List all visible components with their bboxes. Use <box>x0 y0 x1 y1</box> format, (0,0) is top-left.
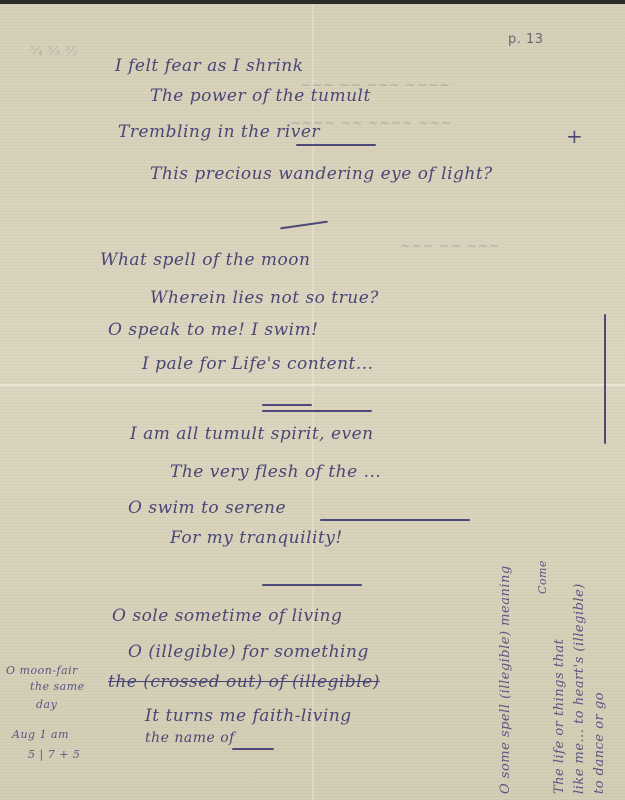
underline-stroke <box>232 748 274 750</box>
vertical-margin-note: like me... to heart's (illegible) <box>572 583 587 794</box>
manuscript-line: What spell of the moon <box>100 250 310 270</box>
manuscript-line: I felt fear as I shrink <box>115 56 304 76</box>
manuscript-line: O (illegible) for something <box>128 642 369 662</box>
manuscript-line: The power of the tumult <box>150 86 371 106</box>
manuscript-line: Wherein lies not so true? <box>150 288 379 308</box>
bleed-through-text: ⁵⁄₄ ⁵⁄₃ ⁵⁄₂ <box>30 44 78 58</box>
margin-note: the same <box>30 680 85 693</box>
underline-stroke <box>262 410 372 412</box>
vertical-margin-note: Come <box>536 560 549 594</box>
manuscript-line: It turns me faith-living <box>145 706 352 726</box>
margin-note: day <box>36 698 57 711</box>
section-divider-stroke <box>280 221 328 230</box>
manuscript-page: ~~~ ~~ ~~~ ~~~~ ~~~~ ~~ ~~~~ ~~~ ⁵⁄₄ ⁵⁄₃… <box>0 4 625 800</box>
manuscript-line: This precious wandering eye of light? <box>150 164 493 184</box>
section-divider-stroke <box>262 404 312 406</box>
manuscript-line: Trembling in the river <box>118 122 320 142</box>
manuscript-line: The very flesh of the ... <box>170 462 381 482</box>
margin-note: 5 | 7 + 5 <box>28 748 80 761</box>
manuscript-line: I pale for Life's content... <box>142 354 374 374</box>
underline-stroke <box>296 144 376 146</box>
underline-stroke <box>320 519 470 521</box>
margin-note: Aug 1 am <box>12 728 69 741</box>
bleed-through-text: ~~~ ~~ ~~~ <box>400 239 500 254</box>
manuscript-line: O speak to me! I swim! <box>108 320 319 340</box>
vertical-margin-note: The life or things that <box>552 639 567 794</box>
vertical-margin-note: O some spell (illegible) meaning <box>498 565 513 794</box>
manuscript-line: O sole sometime of living <box>112 606 342 626</box>
manuscript-line: the name of <box>145 730 235 746</box>
vertical-pen-stroke <box>604 314 606 444</box>
vertical-margin-note: to dance or go <box>592 692 607 794</box>
page-number: p. 13 <box>508 32 544 47</box>
manuscript-line: For my tranquility! <box>170 528 343 548</box>
section-divider-stroke <box>262 584 362 586</box>
manuscript-line: O swim to serene <box>128 498 286 518</box>
manuscript-line: I am all tumult spirit, even <box>130 424 374 444</box>
marginal-plus-mark: + <box>566 124 583 148</box>
margin-note: O moon-fair <box>6 664 78 677</box>
crossed-out-line: the (crossed out) of (illegible) <box>108 672 380 692</box>
